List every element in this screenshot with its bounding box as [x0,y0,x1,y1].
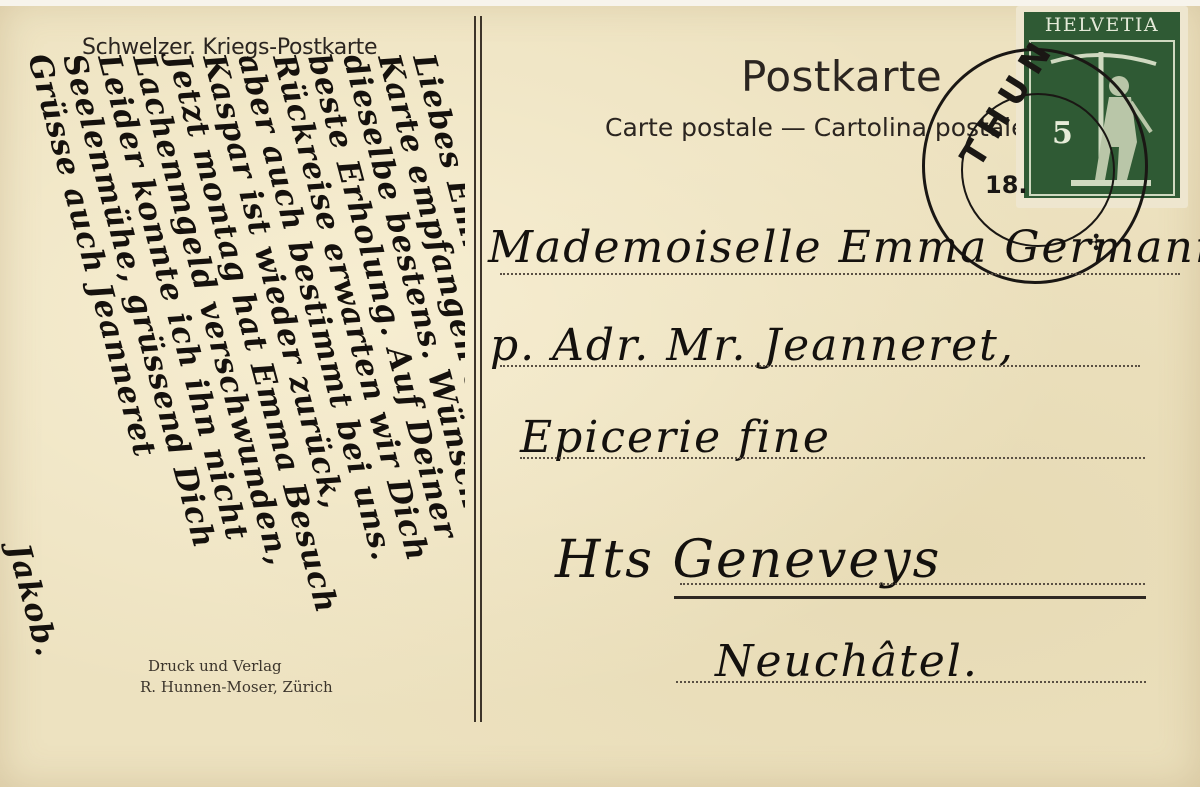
divider-line [480,16,482,722]
address-line-5: Neuchâtel. [715,636,979,687]
address-rule [520,457,1145,459]
address-line-2: p. Adr. Mr. Jeanneret, [490,320,1015,371]
message-signature: Jakob. [0,540,65,661]
address-line-1: Mademoiselle Emma Germann, [488,222,1200,273]
address-line-3: Epicerie fine [520,412,831,463]
address-rule [500,365,1140,367]
stamp-country: HELVETIA [1024,14,1180,36]
postcard: Schwelzer. Kriegs-Postkarte Liebes Emma.… [0,0,1200,787]
address-rule [680,583,1145,585]
imprint-line-1: Druck und Verlag [148,657,282,675]
address-rule [676,681,1146,683]
city-underline [674,596,1146,599]
imprint-line-2: R. Hunnen-Moser, Zürich [140,678,333,696]
postmark-date: 18. [985,171,1028,199]
address-line-4: Hts Geneveys [555,530,941,590]
divider-line [474,16,476,722]
card-title: Postkarte [741,52,942,101]
address-rule [500,273,1180,275]
